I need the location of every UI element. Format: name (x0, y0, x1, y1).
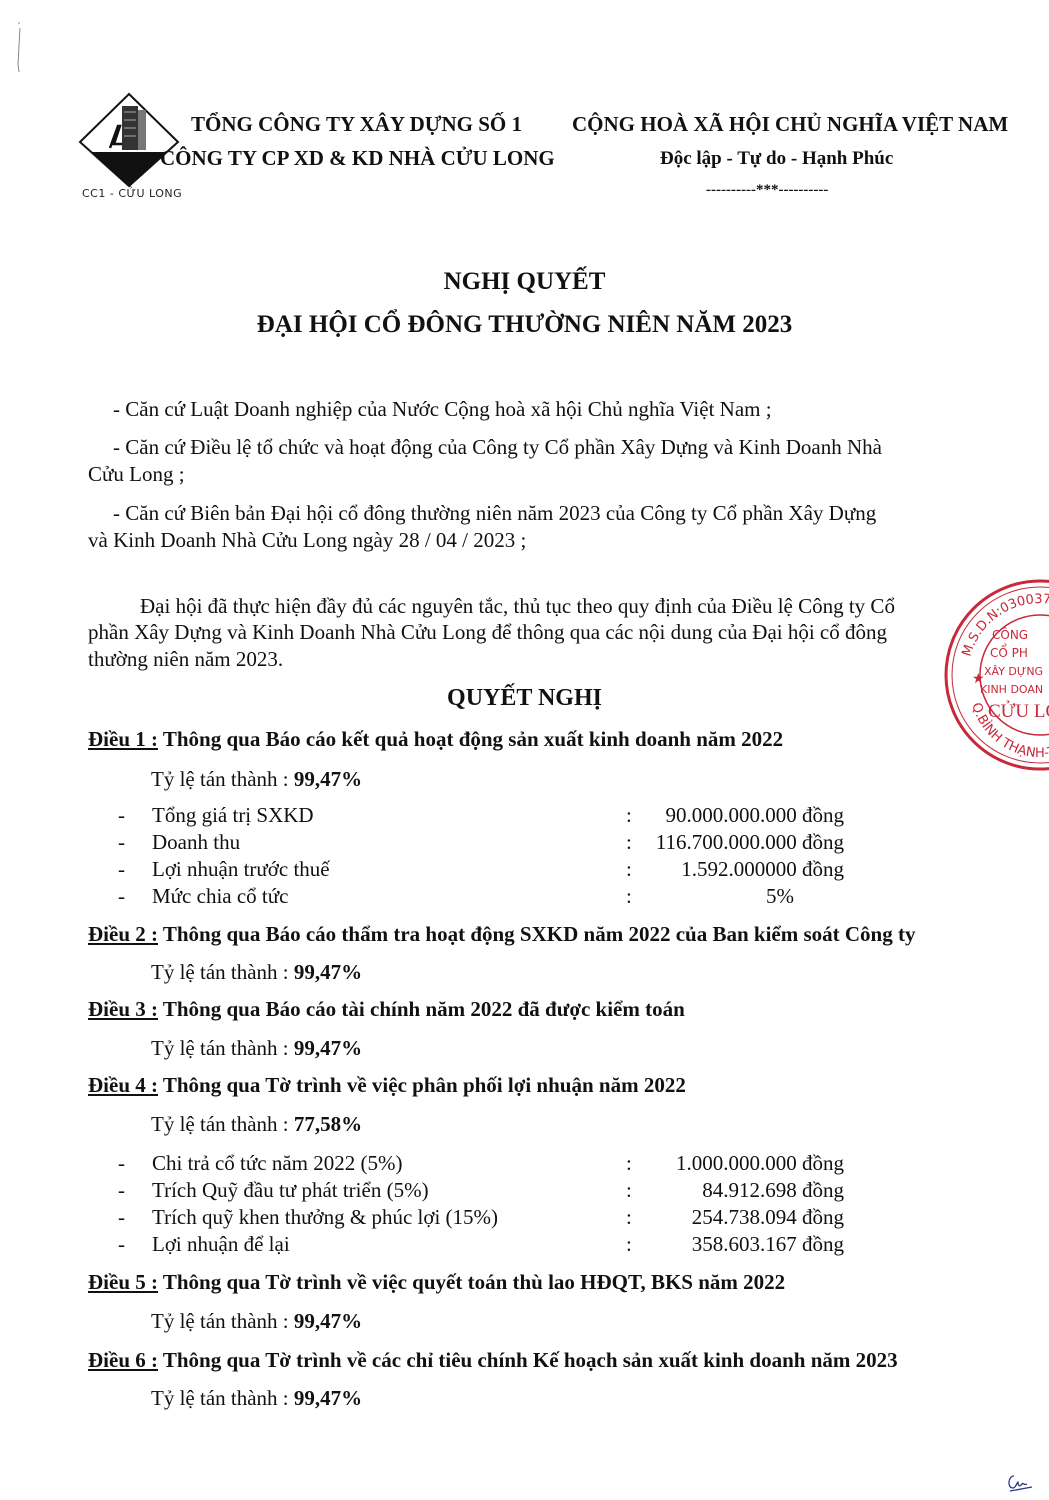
figure-name: Lợi nhuận để lại (152, 1232, 290, 1257)
nation-heading: CỘNG HOÀ XÃ HỘI CHỦ NGHĨA VIỆT NAM (572, 112, 1008, 137)
article-5-text: Thông qua Tờ trình về việc quyết toán th… (158, 1270, 785, 1294)
article-3-approval: Tỷ lệ tán thành : 99,47% (151, 1036, 362, 1061)
approval-rate: 99,47% (294, 767, 362, 791)
signature-initials-icon (1004, 1472, 1034, 1494)
approval-rate: 99,47% (294, 960, 362, 984)
legal-basis-2-cont: Cửu Long ; (88, 462, 185, 487)
figure-row: - Trích Quỹ đầu tư phát triển (5%) : 84.… (118, 1178, 844, 1205)
article-2-approval: Tỷ lệ tán thành : 99,47% (151, 960, 362, 985)
approval-rate: 99,47% (294, 1309, 362, 1333)
stamp-line: XÂY DỰNG (984, 665, 1043, 678)
national-motto: Độc lập - Tự do - Hạnh Phúc (660, 148, 893, 170)
article-4-text: Thông qua Tờ trình về việc phân phối lợi… (158, 1073, 686, 1097)
company-seal-stamp: M.S.D.N:0300374 Q.BÌNH THẠNH-T.P ★ CÔNG … (940, 575, 1049, 775)
figure-value: 116.700.000.000 đồng (656, 830, 844, 855)
figure-value: 5% (766, 884, 794, 909)
article-5-approval: Tỷ lệ tán thành : 99,47% (151, 1309, 362, 1334)
figure-row: - Doanh thu : 116.700.000.000 đồng (118, 830, 844, 857)
logo-caption: CC1 - CỬU LONG (82, 187, 182, 200)
figure-value: 1.000.000.000 đồng (676, 1151, 844, 1176)
figure-colon: : (626, 1151, 632, 1176)
approval-rate: 99,47% (294, 1036, 362, 1060)
figure-value: 254.738.094 đồng (692, 1205, 844, 1230)
article-6-approval: Tỷ lệ tán thành : 99,47% (151, 1386, 362, 1411)
parent-organization: TỔNG CÔNG TY XÂY DỰNG SỐ 1 (191, 112, 522, 137)
figure-colon: : (626, 1205, 632, 1230)
article-6-label: Điều 6 : (88, 1348, 158, 1372)
figure-name: Lợi nhuận trước thuế (152, 857, 330, 882)
figure-colon: : (626, 1178, 632, 1203)
figure-name: Mức chia cổ tức (152, 884, 288, 909)
article-2-label: Điều 2 : (88, 922, 158, 946)
legal-basis-3-cont: và Kinh Doanh Nhà Cửu Long ngày 28 / 04 … (88, 528, 526, 553)
legal-basis-2: - Căn cứ Điều lệ tổ chức và hoạt động củ… (113, 435, 882, 460)
approval-label: Tỷ lệ tán thành : (151, 1386, 294, 1410)
approval-rate: 77,58% (294, 1112, 362, 1136)
article-3-text: Thông qua Báo cáo tài chính năm 2022 đã … (158, 997, 685, 1021)
article-4-figures: - Chi trả cổ tức năm 2022 (5%) : 1.000.0… (118, 1151, 844, 1259)
article-6-heading: Điều 6 : Thông qua Tờ trình về các chỉ t… (88, 1348, 898, 1373)
figure-name: Tổng giá trị SXKD (152, 803, 314, 828)
article-3-label: Điều 3 : (88, 997, 158, 1021)
article-5-heading: Điều 5 : Thông qua Tờ trình về việc quyế… (88, 1270, 785, 1295)
company-name: CÔNG TY CP XD & KD NHÀ CỬU LONG (160, 146, 555, 171)
figure-value: 358.603.167 đồng (692, 1232, 844, 1257)
figure-row: - Lợi nhuận trước thuế : 1.592.000000 đồ… (118, 857, 844, 884)
article-2-heading: Điều 2 : Thông qua Báo cáo thẩm tra hoạt… (88, 922, 915, 947)
approval-label: Tỷ lệ tán thành : (151, 767, 294, 791)
scan-margin-mark (16, 20, 22, 76)
figure-name: Doanh thu (152, 830, 240, 855)
figure-value: 90.000.000.000 đồng (666, 803, 845, 828)
approval-rate: 99,47% (294, 1386, 362, 1410)
bullet-dash: - (118, 1178, 125, 1203)
figure-value: 84.912.698 đồng (702, 1178, 844, 1203)
figure-colon: : (626, 803, 632, 828)
approval-label: Tỷ lệ tán thành : (151, 1036, 294, 1060)
approval-label: Tỷ lệ tán thành : (151, 1112, 294, 1136)
article-1-heading: Điều 1 : Thông qua Báo cáo kết quả hoạt … (88, 727, 783, 752)
stamp-line: KINH DOAN (980, 683, 1043, 696)
stamp-line: CỔ PH (990, 644, 1028, 660)
article-3-heading: Điều 3 : Thông qua Báo cáo tài chính năm… (88, 997, 685, 1022)
figure-row: - Mức chia cổ tức : 5% (118, 884, 844, 911)
approval-label: Tỷ lệ tán thành : (151, 1309, 294, 1333)
document-title: NGHỊ QUYẾT (0, 268, 1049, 296)
figure-colon: : (626, 857, 632, 882)
header-separator: ----------***---------- (706, 182, 828, 199)
figure-name: Chi trả cổ tức năm 2022 (5%) (152, 1151, 402, 1176)
figure-row: - Lợi nhuận để lại : 358.603.167 đồng (118, 1232, 844, 1259)
bullet-dash: - (118, 1232, 125, 1257)
legal-basis-3: - Căn cứ Biên bản Đại hội cổ đông thường… (113, 501, 876, 526)
bullet-dash: - (118, 803, 125, 828)
company-logo-icon (78, 92, 180, 188)
figure-row: - Chi trả cổ tức năm 2022 (5%) : 1.000.0… (118, 1151, 844, 1178)
bullet-dash: - (118, 857, 125, 882)
figure-colon: : (626, 830, 632, 855)
approval-label: Tỷ lệ tán thành : (151, 960, 294, 984)
figure-colon: : (626, 884, 632, 909)
stamp-line: CỬU LO (988, 700, 1049, 722)
intro-line-1: Đại hội đã thực hiện đầy đủ các nguyên t… (140, 594, 895, 619)
resolution-section-title: QUYẾT NGHỊ (0, 685, 1049, 712)
intro-line-2: phần Xây Dựng và Kinh Doanh Nhà Cửu Long… (88, 620, 887, 645)
figure-row: - Tổng giá trị SXKD : 90.000.000.000 đồn… (118, 803, 844, 830)
legal-basis-1: - Căn cứ Luật Doanh nghiệp của Nước Cộng… (113, 397, 772, 422)
article-6-text: Thông qua Tờ trình về các chỉ tiêu chính… (158, 1348, 898, 1372)
figure-value: 1.592.000000 đồng (681, 857, 844, 882)
bullet-dash: - (118, 1205, 125, 1230)
article-1-figures: - Tổng giá trị SXKD : 90.000.000.000 đồn… (118, 803, 844, 911)
stamp-line: CÔNG (992, 627, 1028, 642)
figure-colon: : (626, 1232, 632, 1257)
bullet-dash: - (118, 830, 125, 855)
document-subtitle: ĐẠI HỘI CỔ ĐÔNG THƯỜNG NIÊN NĂM 2023 (0, 311, 1049, 339)
article-2-text: Thông qua Báo cáo thẩm tra hoạt động SXK… (158, 922, 915, 946)
article-5-label: Điều 5 : (88, 1270, 158, 1294)
intro-line-3: thường niên năm 2023. (88, 647, 283, 672)
figure-name: Trích Quỹ đầu tư phát triển (5%) (152, 1178, 429, 1203)
bullet-dash: - (118, 884, 125, 909)
figure-row: - Trích quỹ khen thưởng & phúc lợi (15%)… (118, 1205, 844, 1232)
article-1-label: Điều 1 : (88, 727, 158, 751)
figure-name: Trích quỹ khen thưởng & phúc lợi (15%) (152, 1205, 498, 1230)
article-4-heading: Điều 4 : Thông qua Tờ trình về việc phân… (88, 1073, 686, 1098)
article-1-text: Thông qua Báo cáo kết quả hoạt động sản … (158, 727, 783, 751)
bullet-dash: - (118, 1151, 125, 1176)
article-4-approval: Tỷ lệ tán thành : 77,58% (151, 1112, 362, 1137)
article-1-approval: Tỷ lệ tán thành : 99,47% (151, 767, 362, 792)
article-4-label: Điều 4 : (88, 1073, 158, 1097)
